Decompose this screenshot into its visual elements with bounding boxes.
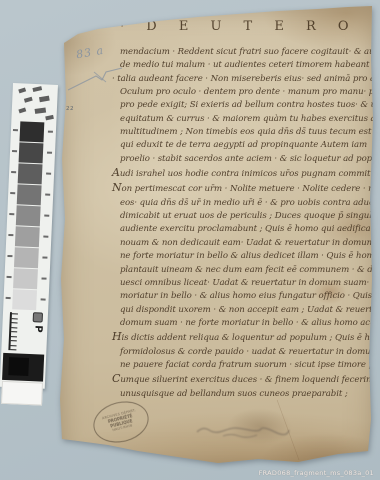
step-label-left [7,255,12,257]
step-label-left [7,276,12,278]
strip-print-mark [35,108,47,114]
archive-stamp: ARCHIVES DÉPART. PROPRIÉTÉ PUBLIQUE HAUT… [89,396,153,448]
gray-step-patch [13,268,38,289]
manuscript-line: Oculum pro oculo · dentem pro dente · ma… [120,86,372,99]
parchment-page-wrap: · D E U T E R O 83 a 22 mendacium · Redd… [58,4,378,468]
ruler-tick [11,336,17,337]
ruler-tick [11,331,17,332]
gray-step-patch [12,289,37,310]
manuscript-line: ne forte moriatur in bello & alius dedic… [120,250,372,263]
step-label-right [46,173,51,175]
black-reference-inner [8,357,29,376]
gray-step-row [6,226,52,249]
gray-step-patch [15,226,40,247]
gray-step-row [5,247,51,270]
manuscript-line: uesci omnibus liceat· Uadat & reuertatur… [120,277,372,290]
manuscript-line: multitudinem ; Non timebis eos quia dn̄s… [120,126,372,139]
step-label-right [44,215,49,217]
manuscript-line: moriatur in bello · & alius homo eius fu… [120,290,372,303]
step-label-left [12,150,17,152]
gray-step-row [7,205,53,228]
step-label-right [45,194,50,196]
page-title: · D E U T E R O [120,19,356,34]
manuscript-line: ne pauere faciat corda fratrum suorum · … [120,359,372,372]
strip-print-mark [32,86,42,92]
manuscript-line: nouam & non dedicauit eam· Uadat & reuer… [120,237,372,250]
manuscript-photo-stage: P · D E U T E R O 83 a 22 mendacium · Re… [0,0,380,480]
ruler-tick [11,340,17,341]
step-label-left [13,129,18,131]
gray-step-patch [18,163,43,184]
manuscript-line: eos· quia dn̄s ds̄ ur̄ in medio ur̄i ē ·… [120,197,372,210]
manuscript-line: equitatum & currus · & maiorem quàm tu h… [120,113,372,126]
ruler-tick [12,313,18,314]
calibration-strip: P [0,83,58,389]
strip-print-mark [18,87,26,93]
manuscript-line: audiente exercitu proclamabunt ; Quis ē … [120,223,372,236]
manuscript-line: qui dispondit uxorem · & non accepit eam… [120,304,372,317]
gray-step-row [4,268,50,291]
manuscript-line: pro pede exigit; Si exieris ad bellum co… [120,99,372,112]
parchment-page: · D E U T E R O 83 a 22 mendacium · Redd… [58,4,378,468]
faint-ink-scribble [193,420,293,440]
manuscript-line: · talia audeant facere · Non misereberis… [112,73,372,86]
step-label-right [42,256,47,258]
gray-step-row [10,142,56,165]
pencil-margin-note: 22 [66,106,74,112]
gray-steps [3,121,56,312]
gray-step-row [10,121,56,144]
manuscript-line: Non pertimescat cor ur̄m · Nolite metuer… [112,181,372,196]
ruler-tick [11,327,17,328]
calibration-strip-header [11,85,58,123]
strip-print-mark [18,107,26,113]
ruler-tick [12,322,18,323]
text-lines: mendacium · Reddent sicut fratri suo fac… [120,46,372,401]
manuscript-line: plantauit uineam & nec dum eam fecit eē … [120,264,372,277]
step-label-left [8,234,13,236]
pencil-folio-number: 83 a [75,44,105,62]
strip-print-mark [39,96,50,103]
gray-step-patch [19,142,44,163]
manuscript-line: unusquisque ad bellandum suos cuneos pra… [120,388,372,401]
gray-step-row [8,184,54,207]
gray-step-patch [19,121,44,142]
gray-step-patch [14,247,39,268]
ruler-tick [11,345,17,346]
manuscript-line: Cumque siluerint exercitus duces · & fin… [112,372,372,387]
manuscript-line: Audi israhel uos hodie contra inimicos u… [112,166,372,181]
strip-print-mark [24,97,33,103]
step-label-right [43,235,48,237]
step-label-left [11,171,16,173]
registration-icon [33,312,43,322]
ruler-p-label: P [32,325,43,333]
gray-step-patch [17,184,42,205]
manuscript-line: qui eduxit te de terra aegypti ad propin… [120,139,372,152]
gray-step-row [9,163,55,186]
step-label-right [41,298,46,300]
step-label-left [6,297,11,299]
manuscript-line: His dictis addent reliqua & loquentur ad… [112,330,372,345]
image-filename-label: FRAD068_fragment_ms_083a_01 [259,469,374,477]
manuscript-line: proelio · stabit sacerdos ante aciem · &… [120,153,372,166]
step-label-right [47,152,52,154]
manuscript-line: de medio tui malum · ut audientes ceteri… [120,59,372,72]
ruler-tick [10,349,16,350]
manuscript-line: mendacium · Reddent sicut fratri suo fac… [120,46,372,59]
strip-ruler: P [1,310,48,354]
manuscript-line: dimicabit ut eruat uos de periculis ; Du… [120,210,372,223]
step-label-right [48,131,53,133]
gray-step-patch [16,205,41,226]
ruler-tick [12,318,18,319]
step-label-left [10,192,15,194]
step-label-right [41,277,46,279]
manuscript-line: formidolosus & corde pauido · uadat & re… [120,346,372,359]
white-reference-patch [1,381,43,406]
step-label-left [9,213,14,215]
strip-print-mark [45,115,54,121]
manuscript-line: domum suam · ne forte moriatur in bello … [120,317,372,330]
black-reference-patch [2,353,44,382]
gray-step-row [3,289,49,312]
